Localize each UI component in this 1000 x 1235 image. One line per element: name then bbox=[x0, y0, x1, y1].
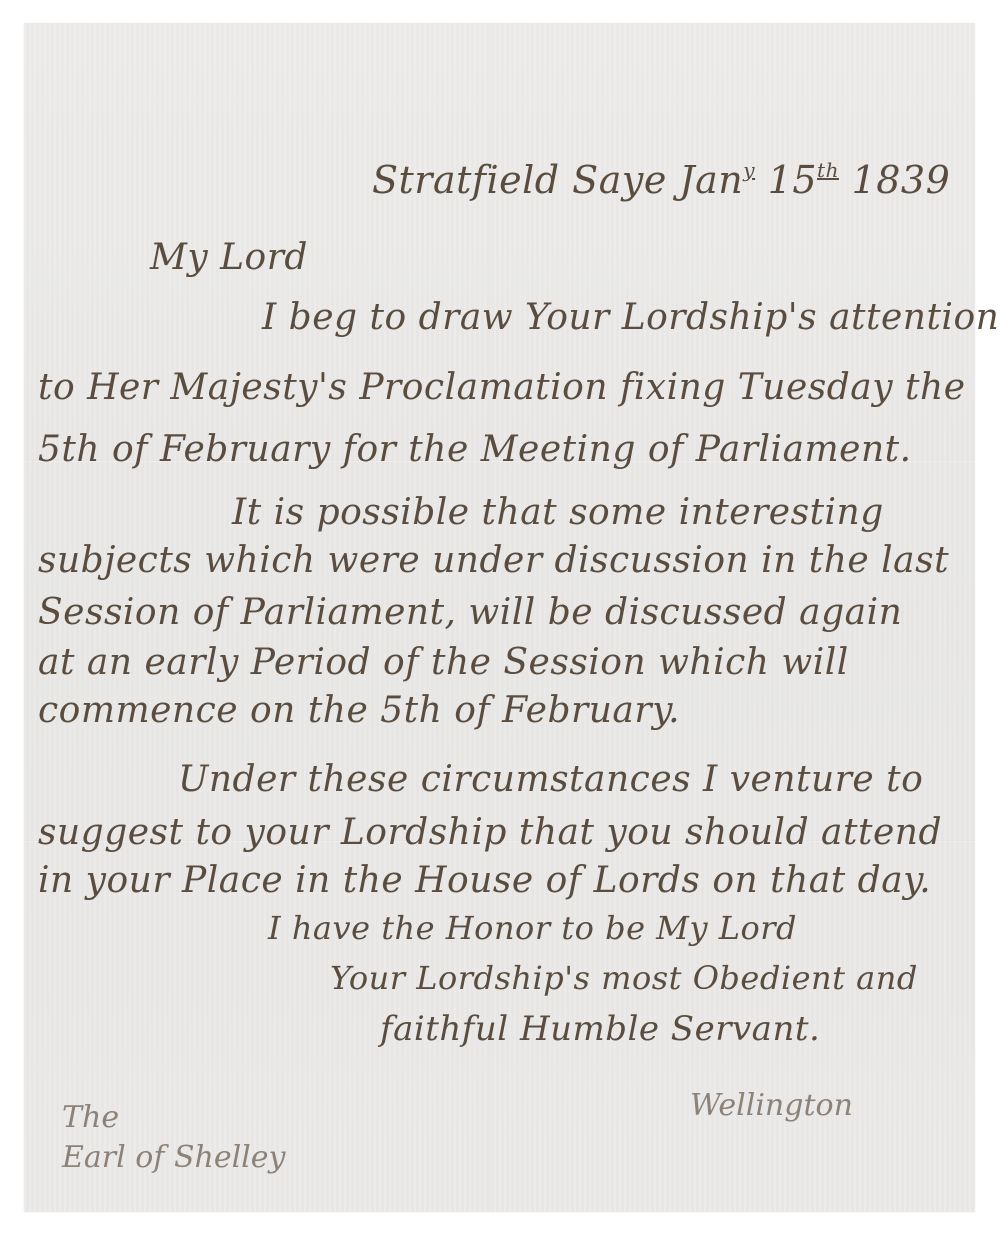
para2-line3: Session of Parliament, will be discussed… bbox=[38, 595, 902, 631]
heading-day: 15th bbox=[768, 158, 839, 202]
addressee-line1: The bbox=[62, 1100, 119, 1135]
para3-line2: suggest to your Lordship that you should… bbox=[38, 815, 942, 851]
para2-line5: commence on the 5th of February. bbox=[38, 693, 680, 729]
para2-line2: subjects which were under discussion in … bbox=[38, 543, 949, 579]
para3-line1: Under these circumstances I venture to bbox=[178, 762, 923, 798]
para1-line3: 5th of February for the Meeting of Parli… bbox=[38, 432, 912, 468]
salutation: My Lord bbox=[150, 240, 308, 276]
heading-place: Stratfield Saye bbox=[372, 158, 667, 202]
para2-line4: at an early Period of the Session which … bbox=[38, 645, 849, 681]
heading-year: 1839 bbox=[852, 158, 951, 202]
closing-line3: faithful Humble Servant. bbox=[380, 1012, 820, 1046]
para2-line1: It is possible that some interesting bbox=[232, 495, 884, 531]
para1-line2: to Her Majesty's Proclamation fixing Tue… bbox=[38, 370, 966, 406]
addressee-line2: Earl of Shelley bbox=[62, 1140, 285, 1175]
para1-line1: I beg to draw Your Lordship's attention bbox=[262, 300, 999, 336]
closing-line2: Your Lordship's most Obedient and bbox=[330, 962, 918, 994]
letter-heading: Stratfield Saye Jany 15th 1839 bbox=[372, 160, 950, 199]
closing-line1: I have the Honor to be My Lord bbox=[268, 912, 797, 944]
para3-line3: in your Place in the House of Lords on t… bbox=[38, 863, 931, 899]
signature: Wellington bbox=[690, 1088, 853, 1123]
heading-month: Jany bbox=[679, 158, 755, 202]
